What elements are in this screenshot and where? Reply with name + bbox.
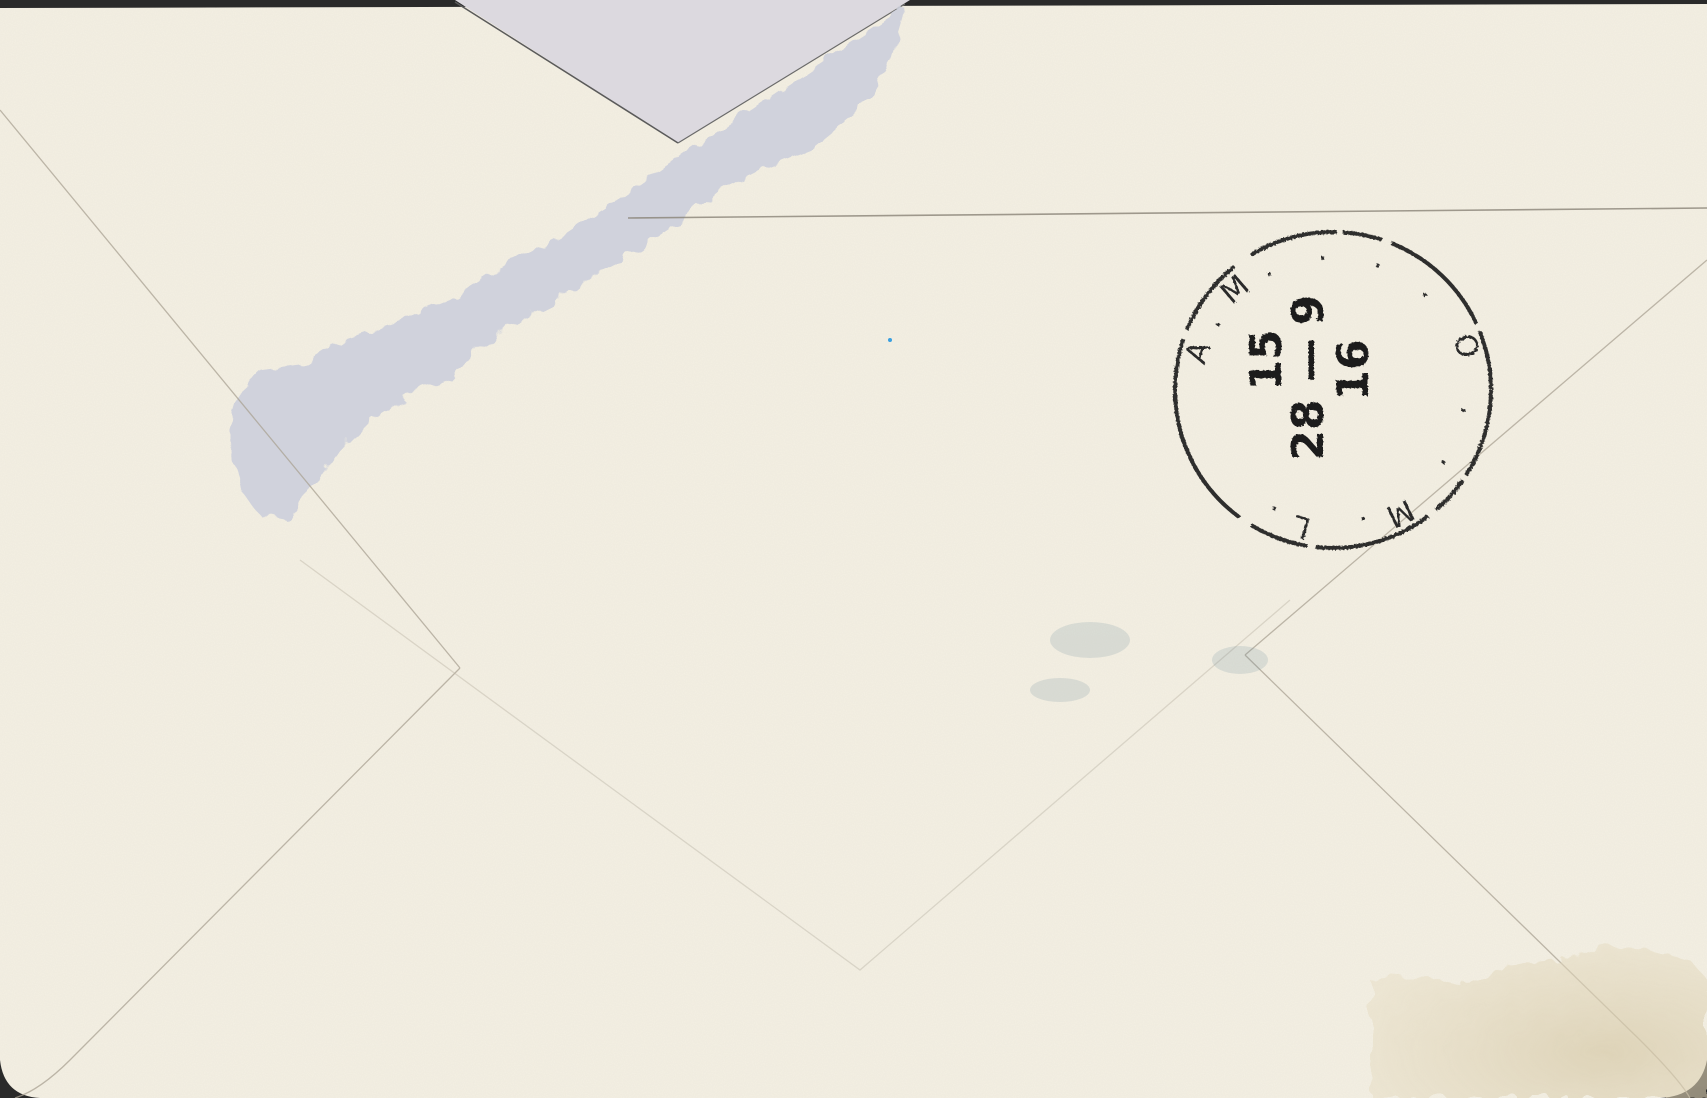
postmark-month: 9 bbox=[1283, 295, 1334, 326]
envelope-back: A.M. . . . O . . M. L. 15 — 9 28 16 bbox=[0, 0, 1707, 1098]
postmark-day: 28 bbox=[1283, 399, 1334, 460]
postmark-year: 16 bbox=[1328, 339, 1379, 400]
blue-speck bbox=[888, 338, 892, 342]
postmark-separator: — bbox=[1283, 338, 1334, 382]
